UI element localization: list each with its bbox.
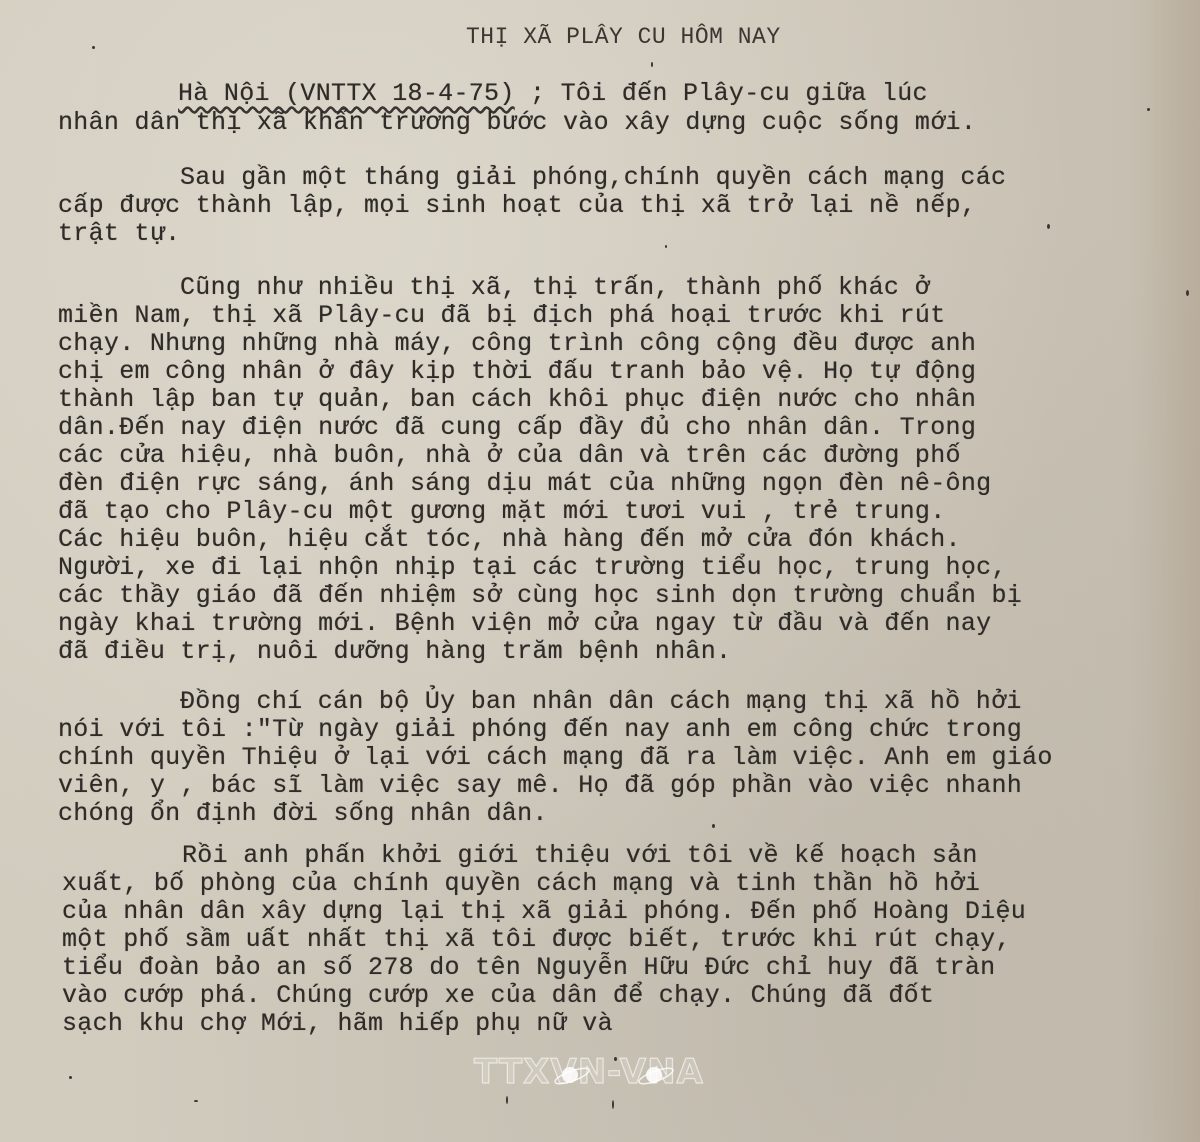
paper-speck xyxy=(69,1076,72,1079)
text-line: miền Nam, thị xã Plây-cu đã bị địch phá … xyxy=(58,302,946,330)
text-line: các cửa hiệu, nhà buôn, nhà ở của dân và… xyxy=(58,442,961,470)
text-line: chóng ổn định đời sống nhân dân. xyxy=(58,800,548,828)
text-line: Sau gần một tháng giải phóng,chính quyền… xyxy=(180,164,1006,192)
text-line: trật tự. xyxy=(58,220,180,248)
text-line: các thầy giáo đã đến nhiệm sở cùng học s… xyxy=(58,582,1022,610)
opening-line: Hà Nội (VNTTX 18-4-75) ; Tôi đến Plây-cu… xyxy=(178,80,928,108)
text-line: cấp được thành lập, mọi sinh hoạt của th… xyxy=(58,192,976,220)
paper-speck xyxy=(194,1100,198,1102)
text-line: xuất, bố phòng của chính quyền cách mạng… xyxy=(62,870,980,898)
paper-speck xyxy=(92,46,95,49)
paper-speck xyxy=(614,1057,617,1061)
text-line: ngày khai trường mới. Bệnh viện mở cửa n… xyxy=(58,610,991,638)
text-line: Người, xe đi lại nhộn nhịp tại các trườn… xyxy=(58,554,1007,582)
text-line: của nhân dân xây dựng lại thị xã giải ph… xyxy=(62,898,1026,926)
paper-speck xyxy=(1147,108,1150,111)
text-line: một phố sầm uất nhất thị xã tôi được biế… xyxy=(62,926,1011,954)
paper-speck xyxy=(612,1100,614,1109)
dateline: Hà Nội (VNTTX 18-4-75) xyxy=(178,79,515,108)
document-title: THỊ XÃ PLÂY CU HÔM NAY xyxy=(466,24,781,50)
globe-ring-icon xyxy=(636,1062,676,1088)
paper-speck xyxy=(506,1096,508,1104)
text-line: thành lập ban tự quản, ban cách khôi phụ… xyxy=(58,386,976,414)
opening-text: ; Tôi đến Plây-cu giữa lúc xyxy=(515,79,928,108)
text-line: đã tạo cho Plây-cu một gương mặt mới tươ… xyxy=(58,498,946,526)
text-line: đèn điện rực sáng, ánh sáng dịu mát của … xyxy=(58,470,991,498)
text-line: sạch khu chợ Mới, hãm hiếp phụ nữ và xyxy=(62,1010,613,1038)
text-line: nhân dân thị xã khẩn trương bước vào xây… xyxy=(58,109,976,137)
typewritten-document-page: THỊ XÃ PLÂY CU HÔM NAY Hà Nội (VNTTX 18-… xyxy=(0,0,1200,1142)
text-line: chính quyền Thiệu ở lại với cách mạng đã… xyxy=(58,744,1053,772)
paper-speck xyxy=(665,245,667,248)
text-line: chạy. Nhưng những nhà máy, công trình cô… xyxy=(58,330,976,358)
text-line: Rồi anh phấn khởi giới thiệu với tôi về … xyxy=(182,842,978,870)
text-line: dân.Đến nay điện nước đã cung cấp đầy đủ… xyxy=(58,414,976,442)
paper-speck xyxy=(1186,290,1189,296)
paper-speck xyxy=(712,824,715,828)
text-line: chị em công nhân ở đây kịp thời đấu tran… xyxy=(58,358,976,386)
text-line: Đồng chí cán bộ Ủy ban nhân dân cách mạn… xyxy=(180,688,1022,716)
paper-speck xyxy=(651,62,653,67)
text-line: Cũng như nhiều thị xã, thị trấn, thành p… xyxy=(180,274,930,302)
text-line: tiểu đoàn bảo an số 278 do tên Nguyễn Hữ… xyxy=(62,954,995,982)
paper-speck xyxy=(1047,224,1050,229)
text-line: vào cướp phá. Chúng cướp xe của dân để c… xyxy=(62,982,934,1010)
text-line: viên, y , bác sĩ làm việc say mê. Họ đã … xyxy=(58,772,1022,800)
globe-ring-icon xyxy=(552,1062,592,1088)
text-line: đã điều trị, nuôi dưỡng hàng trăm bệnh n… xyxy=(58,638,731,666)
text-line: Các hiệu buôn, hiệu cắt tóc, nhà hàng đế… xyxy=(58,526,961,554)
text-line: nói với tôi :"Từ ngày giải phóng đến nay… xyxy=(58,716,1022,744)
